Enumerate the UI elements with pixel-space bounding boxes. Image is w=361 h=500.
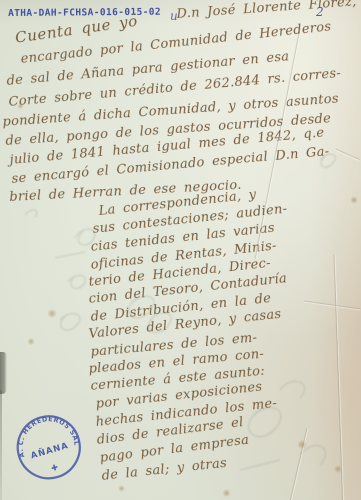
foxing-spot	[222, 489, 231, 497]
edge-damage-mark	[0, 352, 7, 394]
fold-crease	[304, 300, 361, 311]
fold-crease	[289, 428, 309, 500]
foxing-spot	[350, 196, 358, 204]
manuscript-scan: ATHA-DAH-FCHSA-016-015-02 u 2 D.n José L…	[0, 0, 361, 500]
foxing-spot	[297, 440, 307, 449]
archive-reference-code: ATHA-DAH-FCHSA-016-015-02	[8, 7, 161, 19]
fold-crease	[333, 255, 345, 500]
foxing-spot	[118, 485, 125, 492]
foxing-spot	[27, 338, 35, 345]
stamp-cross-icon: ✚	[50, 463, 59, 474]
stamp-center-text: AÑANA	[29, 440, 69, 461]
foxing-spot	[47, 309, 57, 318]
circular-ink-stamp: A. C. HEREDEROS SALINAS AÑANA ✚	[1, 399, 100, 498]
foxing-spot	[334, 465, 342, 473]
fold-crease	[335, 148, 360, 161]
edge-shadow	[0, 390, 2, 500]
